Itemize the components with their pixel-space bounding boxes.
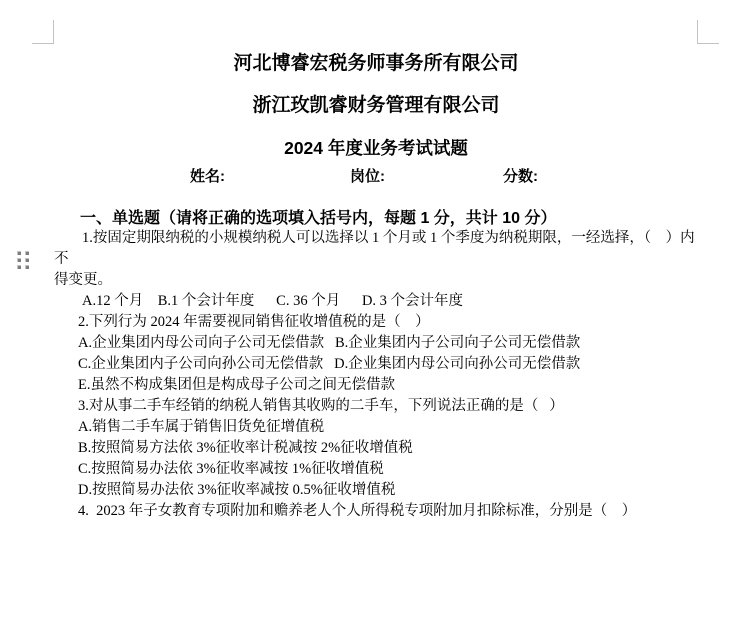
section-heading: 一、单选题（请将正确的选项填入括号内，每题 1 分，共计 10 分） [54, 210, 698, 228]
score-label: 分数: [503, 168, 538, 185]
exam-title: 2024 年度业务考试试题 [54, 138, 698, 158]
question-3-option-b: B.按照简易方法依 3%征收率计税减按 2%征收增值税 [54, 438, 698, 459]
question-3-stem: 3.对从事二手车经销的纳税人销售其收购的二手车，下列说法正确的是（ ） [54, 396, 698, 417]
question-2-options-cd: C.企业集团内子公司向孙公司无偿借款 D.企业集团内母公司向孙公司无偿借款 [54, 354, 698, 375]
document-page: 河北博睿宏税务师事务所有限公司 浙江玫凯睿财务管理有限公司 2024 年度业务考… [0, 0, 734, 617]
question-3-option-a: A.销售二手车属于销售旧货免征增值税 [54, 417, 698, 438]
candidate-info-line: 姓名: 岗位: 分数: [54, 168, 698, 185]
drag-handle-icon[interactable] [17, 251, 29, 269]
question-1-stem-line-1: 1.按固定期限纳税的小规模纳税人可以选择以 1 个月或 1 个季度为纳税期限，一… [54, 228, 698, 270]
company-title-2: 浙江玫凯睿财务管理有限公司 [54, 95, 698, 117]
question-2-stem: 2.下列行为 2024 年需要视同销售征收增值税的是（ ） [54, 312, 698, 333]
question-2-option-e: E.虽然不构成集团但是构成母子公司之间无偿借款 [54, 375, 698, 396]
page-margin-mark-top-right [697, 20, 719, 44]
question-1-options: A.12 个月 B.1 个会计年度 C. 36 个月 D. 3 个会计年度 [54, 291, 698, 312]
document-body: 河北博睿宏税务师事务所有限公司 浙江玫凯睿财务管理有限公司 2024 年度业务考… [54, 0, 698, 522]
page-margin-mark-top-left [32, 20, 54, 44]
name-label: 姓名: [190, 168, 225, 185]
question-2-options-ab: A.企业集团内母公司向子公司无偿借款 B.企业集团内子公司向子公司无偿借款 [54, 333, 698, 354]
position-label: 岗位: [350, 168, 385, 185]
question-3-option-c: C.按照简易办法依 3%征收率减按 1%征收增值税 [54, 459, 698, 480]
question-3-option-d: D.按照简易办法依 3%征收率减按 0.5%征收增值税 [54, 480, 698, 501]
company-title-1: 河北博睿宏税务师事务所有限公司 [54, 53, 698, 75]
question-1-stem-line-2: 得变更。 [54, 270, 698, 291]
question-4-stem: 4. 2023 年子女教育专项附加和赡养老人个人所得税专项附加月扣除标准，分别是… [54, 501, 698, 522]
